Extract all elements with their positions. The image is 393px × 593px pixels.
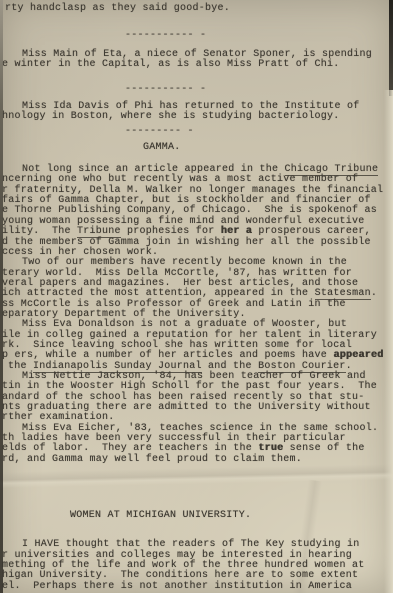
typewritten-text-body: rty handclasp as they said good-bye.----… bbox=[2, 4, 391, 592]
text-segment: d the members of Gamma join in wishing h… bbox=[2, 237, 371, 248]
text-segment: ich attracted the most attention, appear… bbox=[2, 288, 315, 299]
text-segment: prosperous career, bbox=[252, 226, 371, 237]
text-segment: rty handclasp as they said good-bye. bbox=[5, 3, 230, 14]
text-segment: ile in colleg gained a reputation for he… bbox=[2, 330, 377, 341]
text-line: e winter in the Capital, as is also Miss… bbox=[2, 60, 391, 70]
section-divider: ----------- - bbox=[2, 31, 391, 41]
text-segment: tin in the Wooster High Scholl for the p… bbox=[2, 381, 377, 392]
text-segment: andard of the school has been raised rec… bbox=[2, 392, 365, 403]
paragraph: I HAVE thought that the readers of The K… bbox=[2, 540, 391, 592]
text-segment: Two of our members have recently become … bbox=[22, 257, 347, 268]
text-segment: . bbox=[371, 288, 377, 299]
text-segment: hnology in Boston, where she is studying… bbox=[2, 111, 340, 122]
page-right-edge-highlight bbox=[384, 90, 393, 593]
emphasized-text: true bbox=[258, 443, 283, 454]
paragraph: Miss Main of Eta, a niece of Senator Spo… bbox=[2, 50, 391, 71]
text-segment: elds of labor. They are teachers in the bbox=[2, 443, 258, 454]
text-segment: rd, and Gamma may well feel proud to cla… bbox=[2, 454, 302, 465]
text-segment: sense of the bbox=[283, 443, 364, 454]
section-heading: GAMMA. bbox=[2, 143, 391, 153]
text-segment: and the bbox=[202, 361, 258, 372]
text-segment: ss McCortle is also Professor of Greek a… bbox=[2, 299, 346, 310]
text-segment: p ers, while a number of her articles an… bbox=[2, 350, 333, 361]
text-segment: terary world. Miss Della McCortle, '87, … bbox=[2, 268, 352, 279]
emphasized-text: her a bbox=[221, 226, 252, 237]
emphasized-text: appeared bbox=[333, 350, 383, 361]
text-line: rd, and Gamma may well feel proud to cla… bbox=[2, 455, 391, 465]
text-segment: rther examination. bbox=[2, 412, 115, 423]
text-segment: ility. The bbox=[2, 226, 77, 237]
text-segment: prophesies for bbox=[121, 226, 221, 237]
text-segment: ncerning one who but recently was a most… bbox=[2, 174, 358, 185]
text-segment: . bbox=[346, 361, 352, 372]
text-line: rty handclasp as they said good-bye. bbox=[2, 4, 391, 14]
paragraph: rty handclasp as they said good-bye. bbox=[2, 4, 391, 14]
page-left-edge-shadow bbox=[0, 0, 3, 593]
paragraph: Miss Ida Davis of Phi has returned to th… bbox=[2, 102, 391, 123]
text-line: el. Perhaps there is not another institu… bbox=[2, 582, 391, 592]
section-heading: WOMEN AT MICHIGAN UNIVERSITY. bbox=[2, 511, 391, 521]
text-segment: I HAVE thought that the readers of The K… bbox=[22, 539, 360, 550]
text-segment: Miss Eva Donaldson is not a graduate of … bbox=[22, 319, 347, 330]
section-divider: --------- - bbox=[2, 127, 391, 137]
section-divider: ----------- - bbox=[2, 85, 391, 95]
text-segment: the bbox=[8, 361, 33, 372]
text-segment: el. Perhaps there is not another institu… bbox=[2, 581, 352, 592]
text-segment: higan University. The conditions here ar… bbox=[2, 570, 358, 581]
text-line: hnology in Boston, where she is studying… bbox=[2, 112, 391, 122]
text-segment: e Thorne Publishing Company, of Chicago.… bbox=[2, 205, 377, 216]
scanned-document-page: rty handclasp as they said good-bye.----… bbox=[0, 0, 393, 593]
paragraph: Not long since an article appeared in th… bbox=[2, 165, 391, 465]
text-segment: e winter in the Capital, as is also Miss… bbox=[2, 59, 340, 70]
page-right-edge-shadow bbox=[389, 0, 393, 96]
